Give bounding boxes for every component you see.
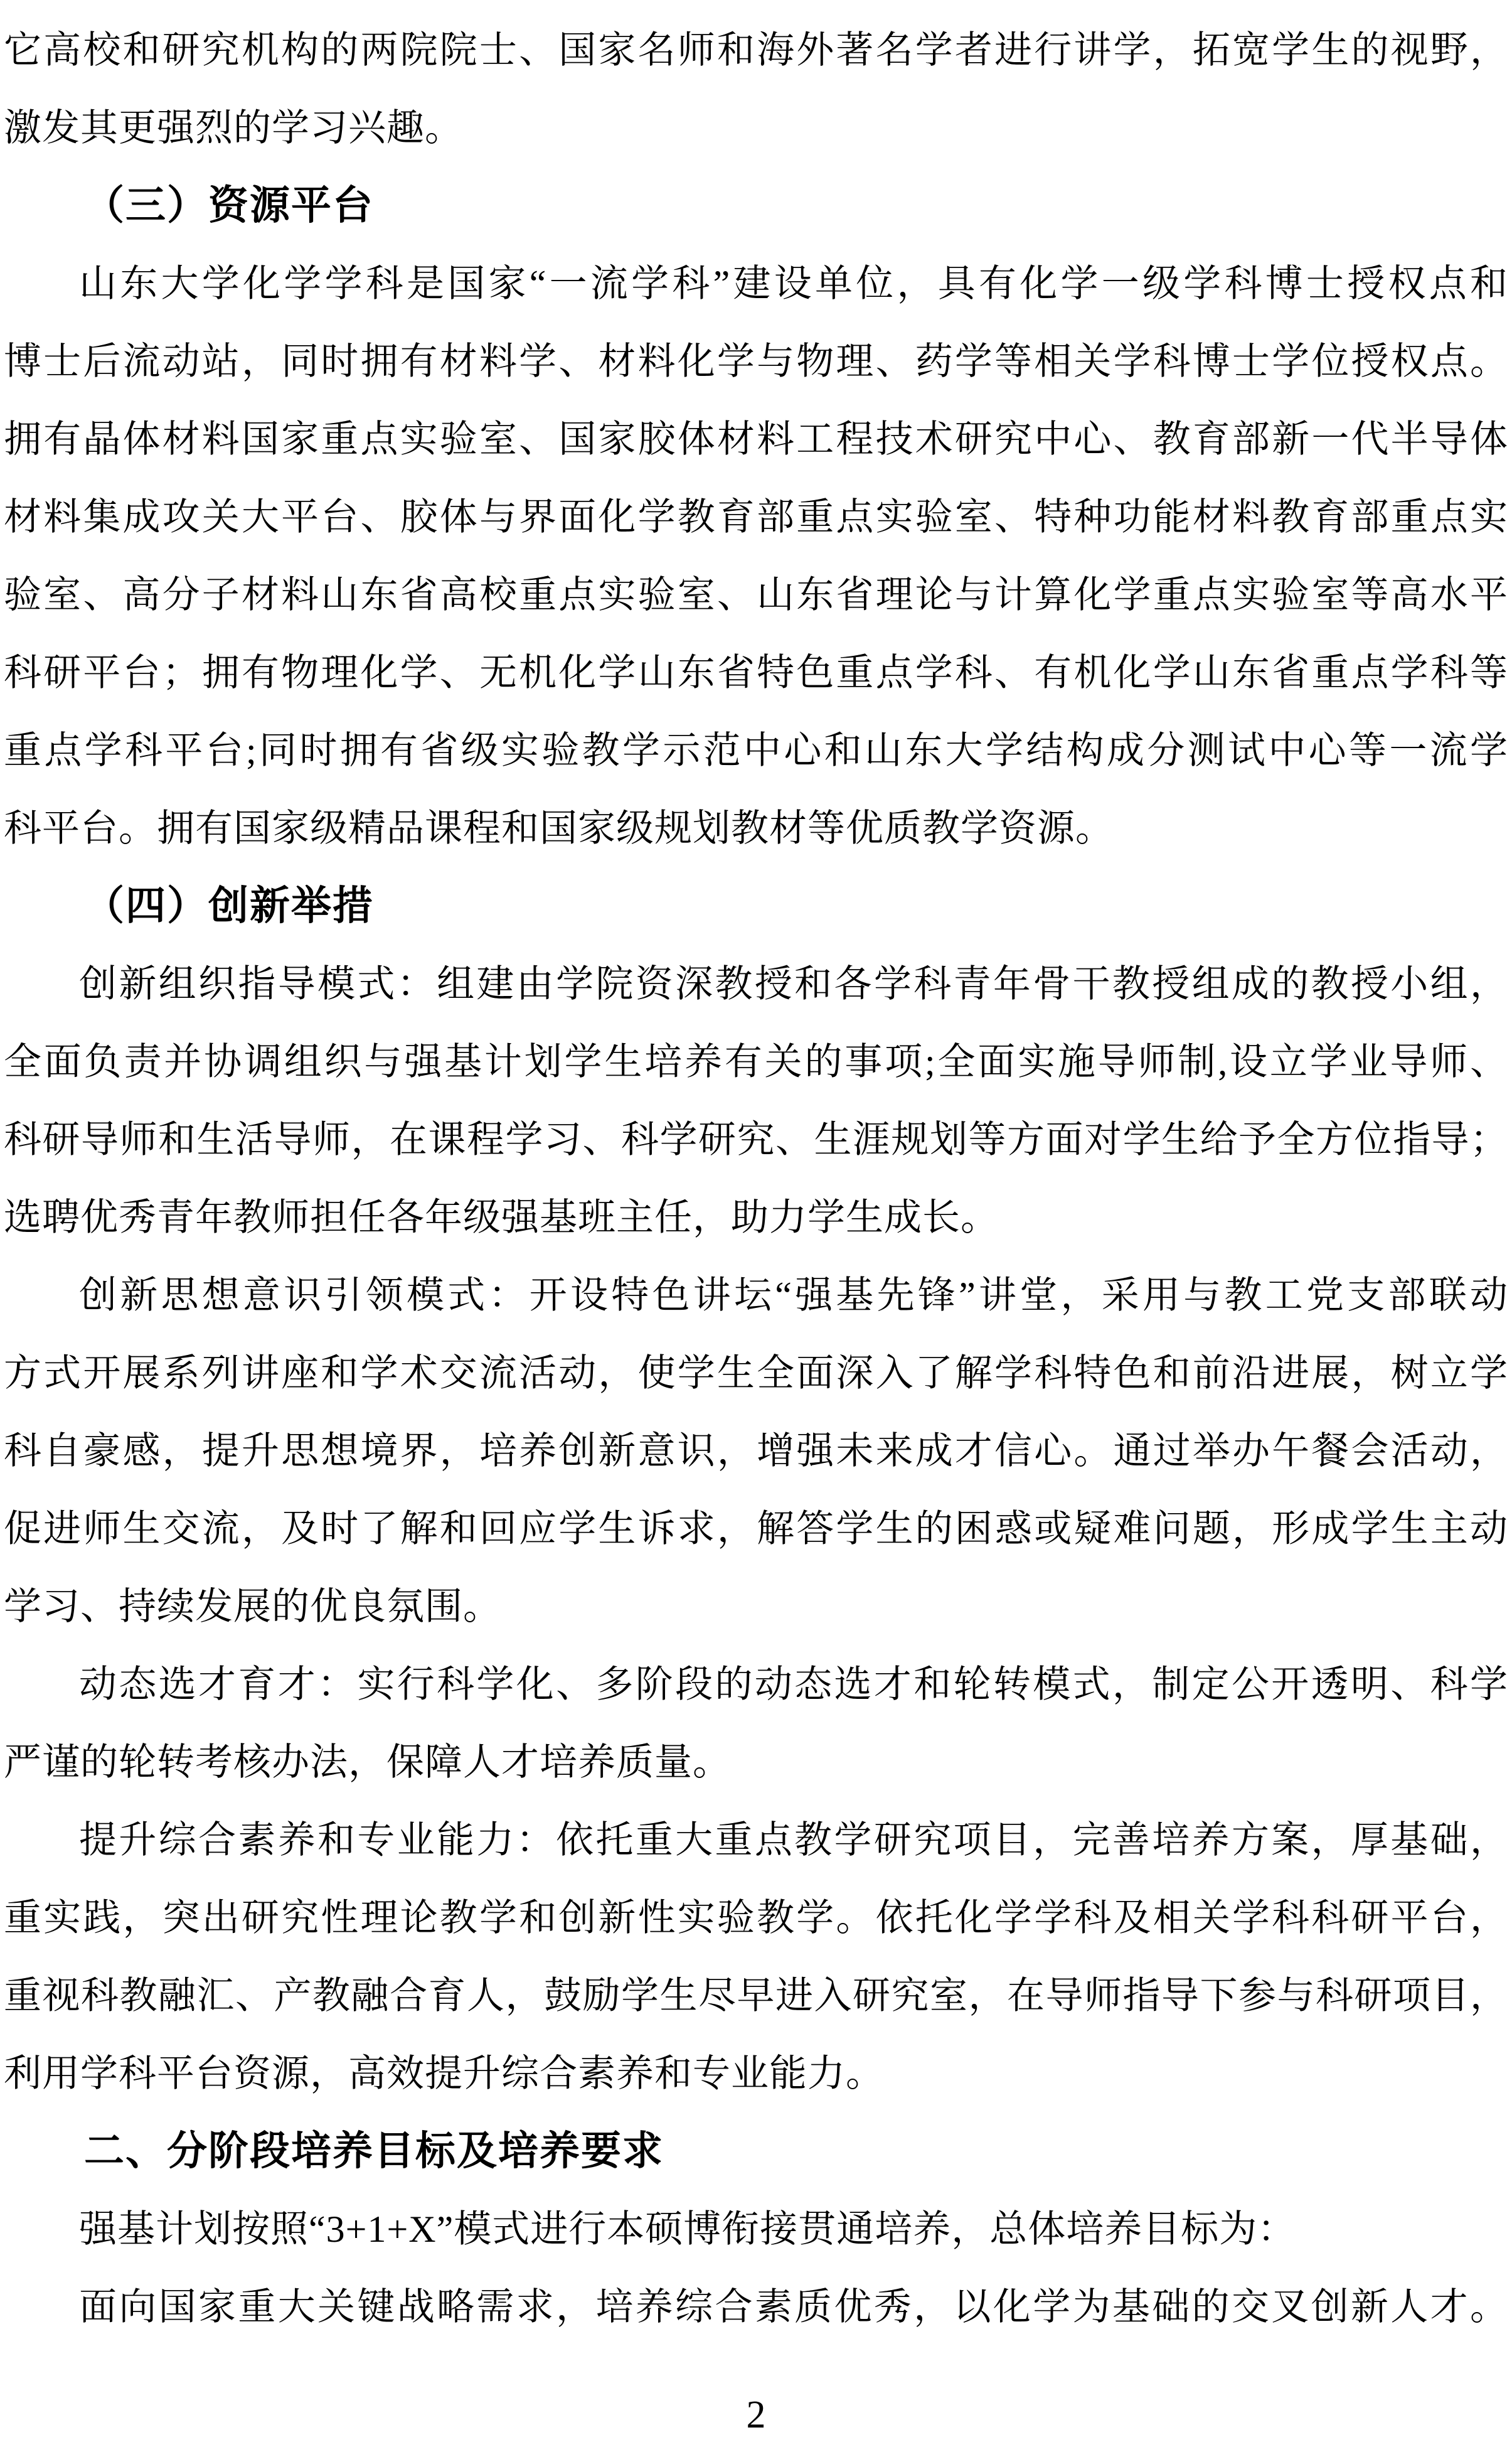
text-line: 严谨的轮转考核办法，保障人才培养质量。 bbox=[4, 1723, 1508, 1801]
text-line: 它高校和研究机构的两院院士、国家名师和海外著名学者进行讲学，拓宽学生的视野， bbox=[4, 11, 1508, 89]
text-line: 山东大学化学学科是国家“一流学科”建设单位，具有化学一级学科博士授权点和 bbox=[4, 245, 1508, 323]
text-line: 材料集成攻关大平台、胶体与界面化学教育部重点实验室、特种功能材料教育部重点实 bbox=[4, 478, 1508, 556]
text-line: 促进师生交流，及时了解和回应学生诉求，解答学生的困惑或疑难问题，形成学生主动 bbox=[4, 1490, 1508, 1568]
text-line: 强基计划按照“3+1+X”模式进行本硕博衔接贯通培养，总体培养目标为： bbox=[4, 2190, 1508, 2268]
text-line: 创新组织指导模式：组建由学院资深教授和各学科青年骨干教授组成的教授小组， bbox=[4, 945, 1508, 1023]
text-line: 利用学科平台资源，高效提升综合素养和专业能力。 bbox=[4, 2035, 1508, 2112]
text-line: 重实践，突出研究性理论教学和创新性实验教学。依托化学学科及相关学科科研平台， bbox=[4, 1879, 1508, 1957]
text-line: 拥有晶体材料国家重点实验室、国家胶体材料工程技术研究中心、教育部新一代半导体 bbox=[4, 400, 1508, 478]
text-line: 重点学科平台;同时拥有省级实验教学示范中心和山东大学结构成分测试中心等一流学 bbox=[4, 712, 1508, 790]
text-line: 全面负责并协调组织与强基计划学生培养有关的事项;全面实施导师制,设立学业导师、 bbox=[4, 1023, 1508, 1101]
section-heading: （三）资源平台 bbox=[4, 167, 1508, 245]
page-number: 2 bbox=[0, 2387, 1512, 2443]
text-line: 科研平台；拥有物理化学、无机化学山东省特色重点学科、有机化学山东省重点学科等 bbox=[4, 634, 1508, 712]
text-line: 科自豪感，提升思想境界，培养创新意识，增强未来成才信心。通过举办午餐会活动， bbox=[4, 1412, 1508, 1490]
text-line: 方式开展系列讲座和学术交流活动，使学生全面深入了解学科特色和前沿进展，树立学 bbox=[4, 1334, 1508, 1412]
text-line: 创新思想意识引领模式：开设特色讲坛“强基先锋”讲堂，采用与教工党支部联动 bbox=[4, 1256, 1508, 1334]
text-line: 激发其更强烈的学习兴趣。 bbox=[4, 89, 1508, 167]
text-line: 科平台。拥有国家级精品课程和国家级规划教材等优质教学资源。 bbox=[4, 790, 1508, 867]
document-page: 它高校和研究机构的两院院士、国家名师和海外著名学者进行讲学，拓宽学生的视野，激发… bbox=[0, 0, 1512, 2452]
document-body: 它高校和研究机构的两院院士、国家名师和海外著名学者进行讲学，拓宽学生的视野，激发… bbox=[4, 11, 1508, 2346]
text-line: 提升综合素养和专业能力：依托重大重点教学研究项目，完善培养方案，厚基础， bbox=[4, 1801, 1508, 1879]
text-line: 验室、高分子材料山东省高校重点实验室、山东省理论与计算化学重点实验室等高水平 bbox=[4, 556, 1508, 634]
text-line: 面向国家重大关键战略需求，培养综合素质优秀，以化学为基础的交叉创新人才。 bbox=[4, 2268, 1508, 2346]
text-line: 博士后流动站，同时拥有材料学、材料化学与物理、药学等相关学科博士学位授权点。 bbox=[4, 323, 1508, 400]
section-heading: 二、分阶段培养目标及培养要求 bbox=[4, 2112, 1508, 2190]
text-line: 选聘优秀青年教师担任各年级强基班主任，助力学生成长。 bbox=[4, 1179, 1508, 1256]
text-line: 动态选才育才：实行科学化、多阶段的动态选才和轮转模式，制定公开透明、科学 bbox=[4, 1646, 1508, 1723]
text-line: 学习、持续发展的优良氛围。 bbox=[4, 1568, 1508, 1646]
text-line: 科研导师和生活导师，在课程学习、科学研究、生涯规划等方面对学生给予全方位指导； bbox=[4, 1101, 1508, 1179]
section-heading: （四）创新举措 bbox=[4, 867, 1508, 945]
text-line: 重视科教融汇、产教融合育人，鼓励学生尽早进入研究室，在导师指导下参与科研项目， bbox=[4, 1957, 1508, 2035]
